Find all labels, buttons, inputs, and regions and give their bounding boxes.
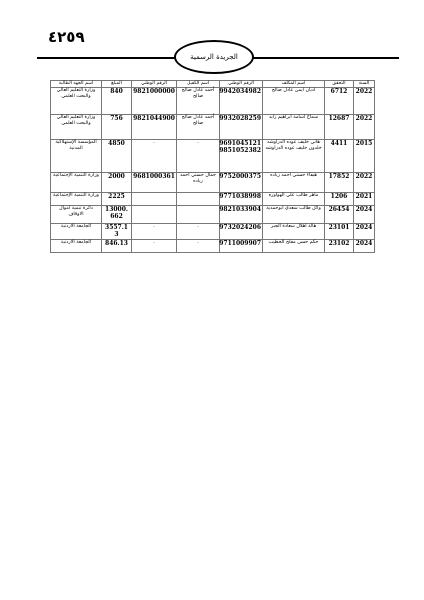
ref-cell: 23101 [325,224,354,240]
table-row: 2022 17852 هيفاء حسني احمد زياده 9752000… [51,173,375,193]
guarantor-id-cell: 9821044900 [132,115,177,140]
guarantor-cell: أحمد عادل صالح صالح [177,115,220,140]
obligor-id-cell: 9821033904 [220,206,263,224]
obligor-id-cell: 9932028259 [220,115,263,140]
obligor-id-cell: 9711009907 [220,240,263,253]
table-row: 2015 4411 هاني خليف عوده الدراوشه خلدون … [51,140,375,173]
ref-cell: 17852 [325,173,354,193]
agency-cell: الجامعة الاردنية [51,240,102,253]
year-cell: 2021 [354,193,375,206]
agency-cell: المؤسسة الإستهلاكية المدنية [51,140,102,173]
guarantor-id-cell: - [132,240,177,253]
col-ref: التحقق [325,81,354,88]
agency-cell: وزارة التعليم العالي والبحث العلمي [51,115,102,140]
obligor-cell: حكم حسن مفلح الخطيب [263,240,325,253]
guarantor-id-cell: 9821000000 [132,88,177,115]
obligor-cell: هالة اهلال سعادة الجبر [263,224,325,240]
guarantor-id-cell [132,206,177,224]
ref-cell: 26454 [325,206,354,224]
table-row: 2021 1206 ماهر طالب علي الهواوره 9771038… [51,193,375,206]
guarantor-cell: - [177,140,220,173]
guarantor-cell: - [177,224,220,240]
year-cell: 2022 [354,115,375,140]
guarantor-cell [177,193,220,206]
year-cell: 2024 [354,206,375,224]
guarantor-cell: - [177,240,220,253]
guarantor-cell: جمال حسني احمد زياده [177,173,220,193]
publication-title: الجريدة الرسمية [190,53,238,61]
agency-cell: دائرة تنمية اموال الاوقاف [51,206,102,224]
col-obligor: اسم المكلف [263,81,325,88]
amount-cell: 840 [102,88,132,115]
ref-cell: 6712 [325,88,354,115]
guarantor-id-cell [132,193,177,206]
obligor-id-cell: 9691045121 9851052382 [220,140,263,173]
col-guarantor: اسم الكفيل [177,81,220,88]
ref-cell: 12687 [325,115,354,140]
amount-cell: 846.13 [102,240,132,253]
agency-cell: وزارة التعليم العالي والبحث العلمي [51,88,102,115]
year-cell: 2022 [354,173,375,193]
guarantor-id-cell: - [132,224,177,240]
amount-cell: 2000 [102,173,132,193]
guarantor-id-cell: 9681000361 [132,173,177,193]
agency-cell: وزارة التنمية الإجتماعية [51,173,102,193]
table-header-row: السنة التحقق اسم المكلف الرقم الوطني اسم… [51,81,375,88]
obligor-id-cell: 9942034982 [220,88,263,115]
amount-cell: 3557.13 [102,224,132,240]
year-cell: 2024 [354,224,375,240]
guarantor-id-cell: - [132,140,177,173]
amount-cell: 4850 [102,140,132,173]
guarantor-cell [177,206,220,224]
obligor-id-cell: 9752000375 [220,173,263,193]
year-cell: 2015 [354,140,375,173]
records-table: السنة التحقق اسم المكلف الرقم الوطني اسم… [50,80,375,253]
page-number: ٤٢٥٩ [48,28,85,46]
col-year: السنة [354,81,375,88]
agency-cell: وزارة التنمية الإجتماعية [51,193,102,206]
obligor-cell: اديان ايمن عادل صالح [263,88,325,115]
obligor-cell: سماح اسامة ابراهيم زايد [263,115,325,140]
table-row: 2024 26454 وائل طالب سعدي ابوحمدية 98210… [51,206,375,224]
table-row: 2024 23101 هالة اهلال سعادة الجبر 973202… [51,224,375,240]
ref-cell: 23102 [325,240,354,253]
header-rule-left [37,57,175,59]
obligor-cell: هاني خليف عوده الدراوشه خلدون خليف عوده … [263,140,325,173]
col-obligor-id: الرقم الوطني [220,81,263,88]
year-cell: 2024 [354,240,375,253]
amount-cell: 13000.662 [102,206,132,224]
table-row: 2022 12687 سماح اسامة ابراهيم زايد 99320… [51,115,375,140]
publication-title-oval: الجريدة الرسمية [174,40,254,74]
amount-cell: 756 [102,115,132,140]
amount-cell: 2225 [102,193,132,206]
table-row: 2024 23102 حكم حسن مفلح الخطيب 971100990… [51,240,375,253]
agency-cell: الجامعة الاردنية [51,224,102,240]
col-agency: اسم الجهه الطالبة [51,81,102,88]
col-amount: المبلغ [102,81,132,88]
guarantor-cell: أحمد عادل صالح صالح [177,88,220,115]
header-rule-right [252,57,399,59]
obligor-id-cell: 9732024206 [220,224,263,240]
ref-cell: 4411 [325,140,354,173]
ref-cell: 1206 [325,193,354,206]
obligor-cell: وائل طالب سعدي ابوحمدية [263,206,325,224]
col-guarantor-id: الرقم الوطني [132,81,177,88]
table-row: 2022 6712 اديان ايمن عادل صالح 994203498… [51,88,375,115]
obligor-id-cell: 9771038998 [220,193,263,206]
year-cell: 2022 [354,88,375,115]
obligor-cell: ماهر طالب علي الهواوره [263,193,325,206]
obligor-cell: هيفاء حسني احمد زياده [263,173,325,193]
